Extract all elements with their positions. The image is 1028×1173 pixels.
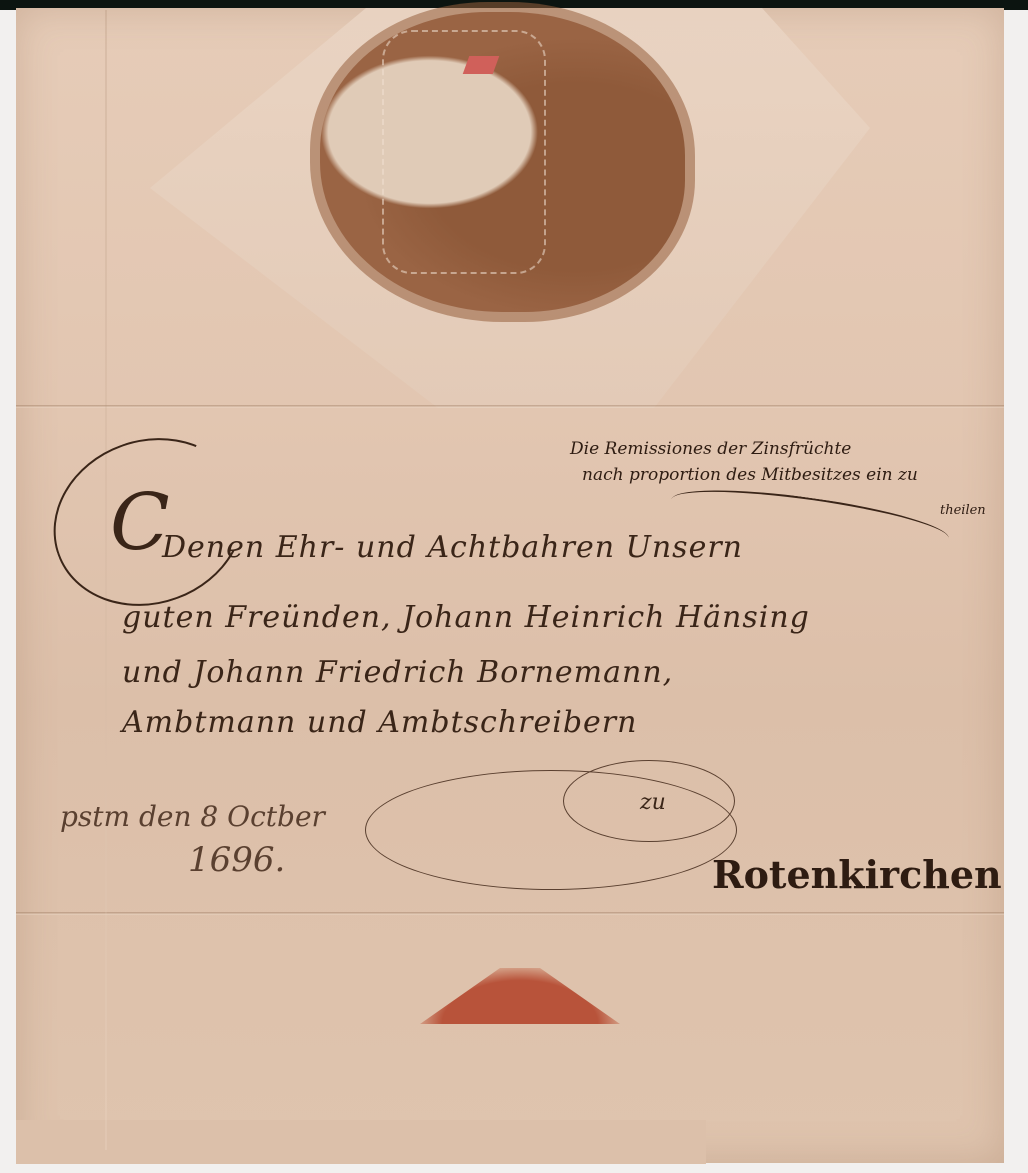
paper-bottom-flap [16, 1120, 706, 1164]
horizontal-fold-lower [16, 912, 1004, 915]
annotation-line-2: nach proportion des Mitbesitzes ein zu [582, 464, 918, 486]
calligraphic-initial: C [110, 478, 170, 568]
seal-impression [382, 30, 546, 274]
annotation-line-1: Die Remissiones der Zinsfrüchte [570, 438, 851, 460]
to-label: zu [640, 790, 666, 815]
address-line-4: Ambtmann und Ambtschreibern [122, 705, 637, 740]
horizontal-fold-upper [16, 405, 1004, 408]
date-year: 1696. [188, 840, 285, 880]
address-line-2: guten Freünden, Johann Heinrich Hänsing [122, 600, 810, 635]
address-line-1: Denen Ehr- und Achtbahren Unsern [162, 530, 743, 565]
date-line-1: pstm den 8 Octber [60, 800, 325, 833]
destination-place: Rotenkirchen [712, 852, 1002, 897]
address-line-3: und Johann Friedrich Bornemann, [122, 655, 673, 690]
annotation-line-3: theilen [940, 500, 986, 522]
